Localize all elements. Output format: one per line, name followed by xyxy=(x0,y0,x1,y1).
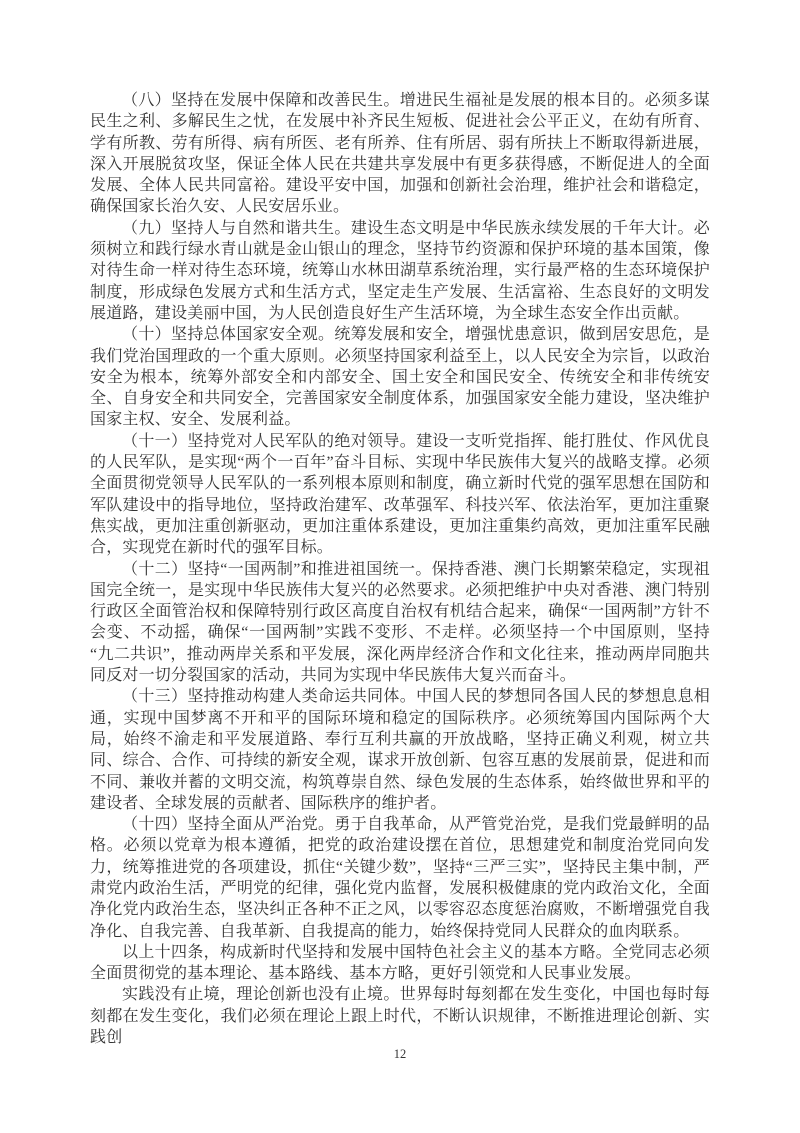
paragraph: 实践没有止境，理论创新也没有止境。世界每时每刻都在发生变化，中国也每时每刻都在发… xyxy=(90,984,710,1048)
paragraph: （十）坚持总体国家安全观。统筹发展和安全，增强忧患意识，做到居安思危，是我们党治… xyxy=(90,324,710,430)
document-body: （八）坚持在发展中保障和改善民生。增进民生福祉是发展的根本目的。必须多谋民生之利… xyxy=(90,90,710,1048)
paragraph: （十三）坚持推动构建人类命运共同体。中国人民的梦想同各国人民的梦想息息相通，实现… xyxy=(90,686,710,814)
paragraph: （十一）坚持党对人民军队的绝对领导。建设一支听党指挥、能打胜仗、作风优良的人民军… xyxy=(90,431,710,559)
paragraph: （八）坚持在发展中保障和改善民生。增进民生福祉是发展的根本目的。必须多谋民生之利… xyxy=(90,90,710,218)
paragraph: （十四）坚持全面从严治党。勇于自我革命，从严管党治党，是我们党最鲜明的品格。必须… xyxy=(90,814,710,942)
paragraph: （十二）坚持“一国两制”和推进祖国统一。保持香港、澳门长期繁荣稳定，实现祖国完全… xyxy=(90,559,710,687)
document-page: （八）坚持在发展中保障和改善民生。增进民生福祉是发展的根本目的。必须多谋民生之利… xyxy=(0,0,800,1133)
paragraph: （九）坚持人与自然和谐共生。建设生态文明是中华民族永续发展的千年大计。必须树立和… xyxy=(90,218,710,324)
paragraph: 以上十四条，构成新时代坚持和发展中国特色社会主义的基本方略。全党同志必须全面贯彻… xyxy=(90,942,710,985)
page-number: 12 xyxy=(0,1046,800,1062)
